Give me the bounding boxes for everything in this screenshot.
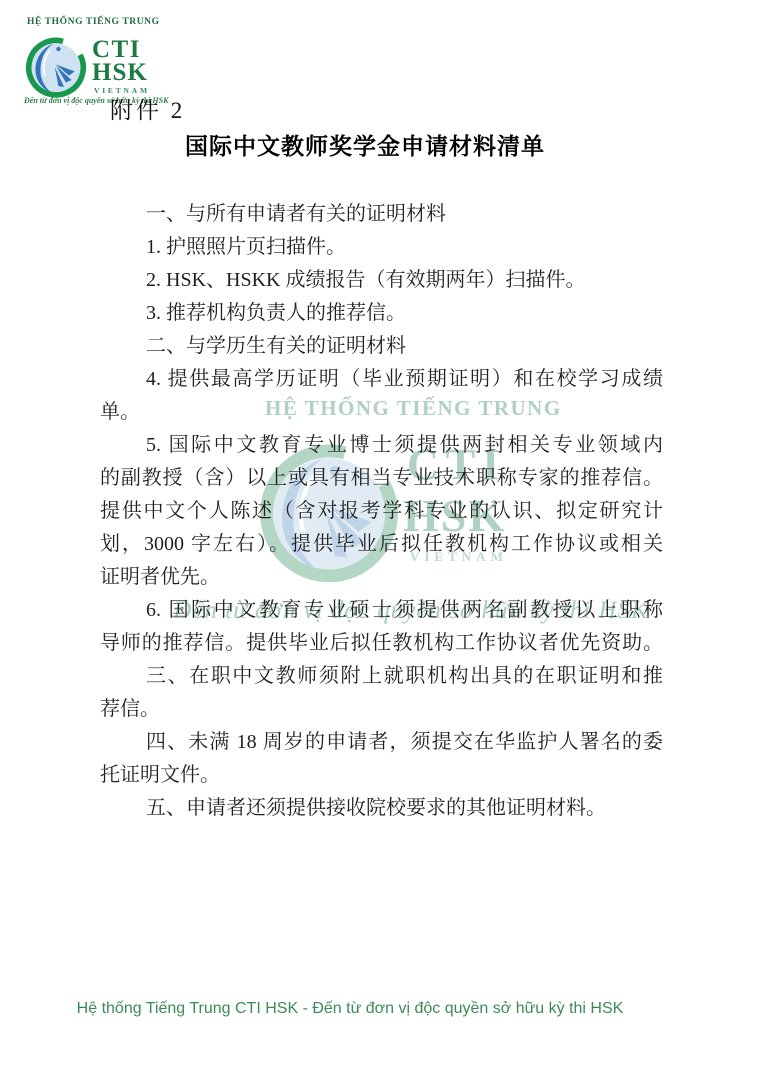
- page: HỆ THỐNG TIẾNG TRUNG CTI HSK VIETNAM Đến…: [0, 0, 764, 1080]
- logo-brand-hsk: HSK: [92, 61, 148, 84]
- logo-org-name: HỆ THỐNG TIẾNG TRUNG: [27, 17, 160, 27]
- body-line: 提供中文个人陈述（含对报考学科专业的认识、拟定研究计: [100, 495, 663, 528]
- body-line: 五、申请者还须提供接收院校要求的其他证明材料。: [100, 792, 663, 825]
- document-title: 国际中文教师奖学金申请材料清单: [60, 128, 670, 161]
- body-line: 3. 推荐机构负责人的推荐信。: [100, 297, 663, 330]
- body-line: 三、在职中文教师须附上就职机构出具的在职证明和推: [100, 660, 663, 693]
- body-line: 5. 国际中文教育专业博士须提供两封相关专业领域内: [100, 429, 663, 462]
- page-footer: Hệ thống Tiếng Trung CTI HSK - Đến từ đơ…: [0, 1000, 700, 1018]
- footer-text: Hệ thống Tiếng Trung CTI HSK - Đến từ đơ…: [77, 1000, 624, 1017]
- body-line: 托证明文件。: [100, 759, 663, 792]
- body-line: 6. 国际中文教育专业硕士须提供两名副教授以上职称: [100, 594, 663, 627]
- body-line: 二、与学历生有关的证明材料: [100, 330, 663, 363]
- body-line: 1. 护照照片页扫描件。: [100, 231, 663, 264]
- body-line: 划，3000 字左右）。提供毕业后拟任教机构工作协议或相关: [100, 528, 663, 561]
- body-line: 证明者优先。: [100, 561, 663, 594]
- body-line: 2. HSK、HSKK 成绩报告（有效期两年）扫描件。: [100, 264, 663, 297]
- body-line: 单。: [100, 396, 663, 429]
- body-line: 一、与所有申请者有关的证明材料: [100, 198, 663, 231]
- logo-brand-cti: CTI: [92, 38, 141, 61]
- document-body: 一、与所有申请者有关的证明材料1. 护照照片页扫描件。2. HSK、HSKK 成…: [100, 198, 663, 825]
- body-line: 四、未满 18 周岁的申请者，须提交在华监护人署名的委: [100, 726, 663, 759]
- body-line: 的副教授（含）以上或具有相当专业技术职称专家的推荐信。: [100, 462, 663, 495]
- attachment-label: 附件 2: [110, 92, 185, 125]
- body-line: 导师的推荐信。提供毕业后拟任教机构工作协议者优先资助。: [100, 627, 663, 660]
- cti-hsk-logo-icon: [25, 36, 87, 98]
- body-line: 4. 提供最高学历证明（毕业预期证明）和在校学习成绩: [100, 363, 663, 396]
- body-line: 荐信。: [100, 693, 663, 726]
